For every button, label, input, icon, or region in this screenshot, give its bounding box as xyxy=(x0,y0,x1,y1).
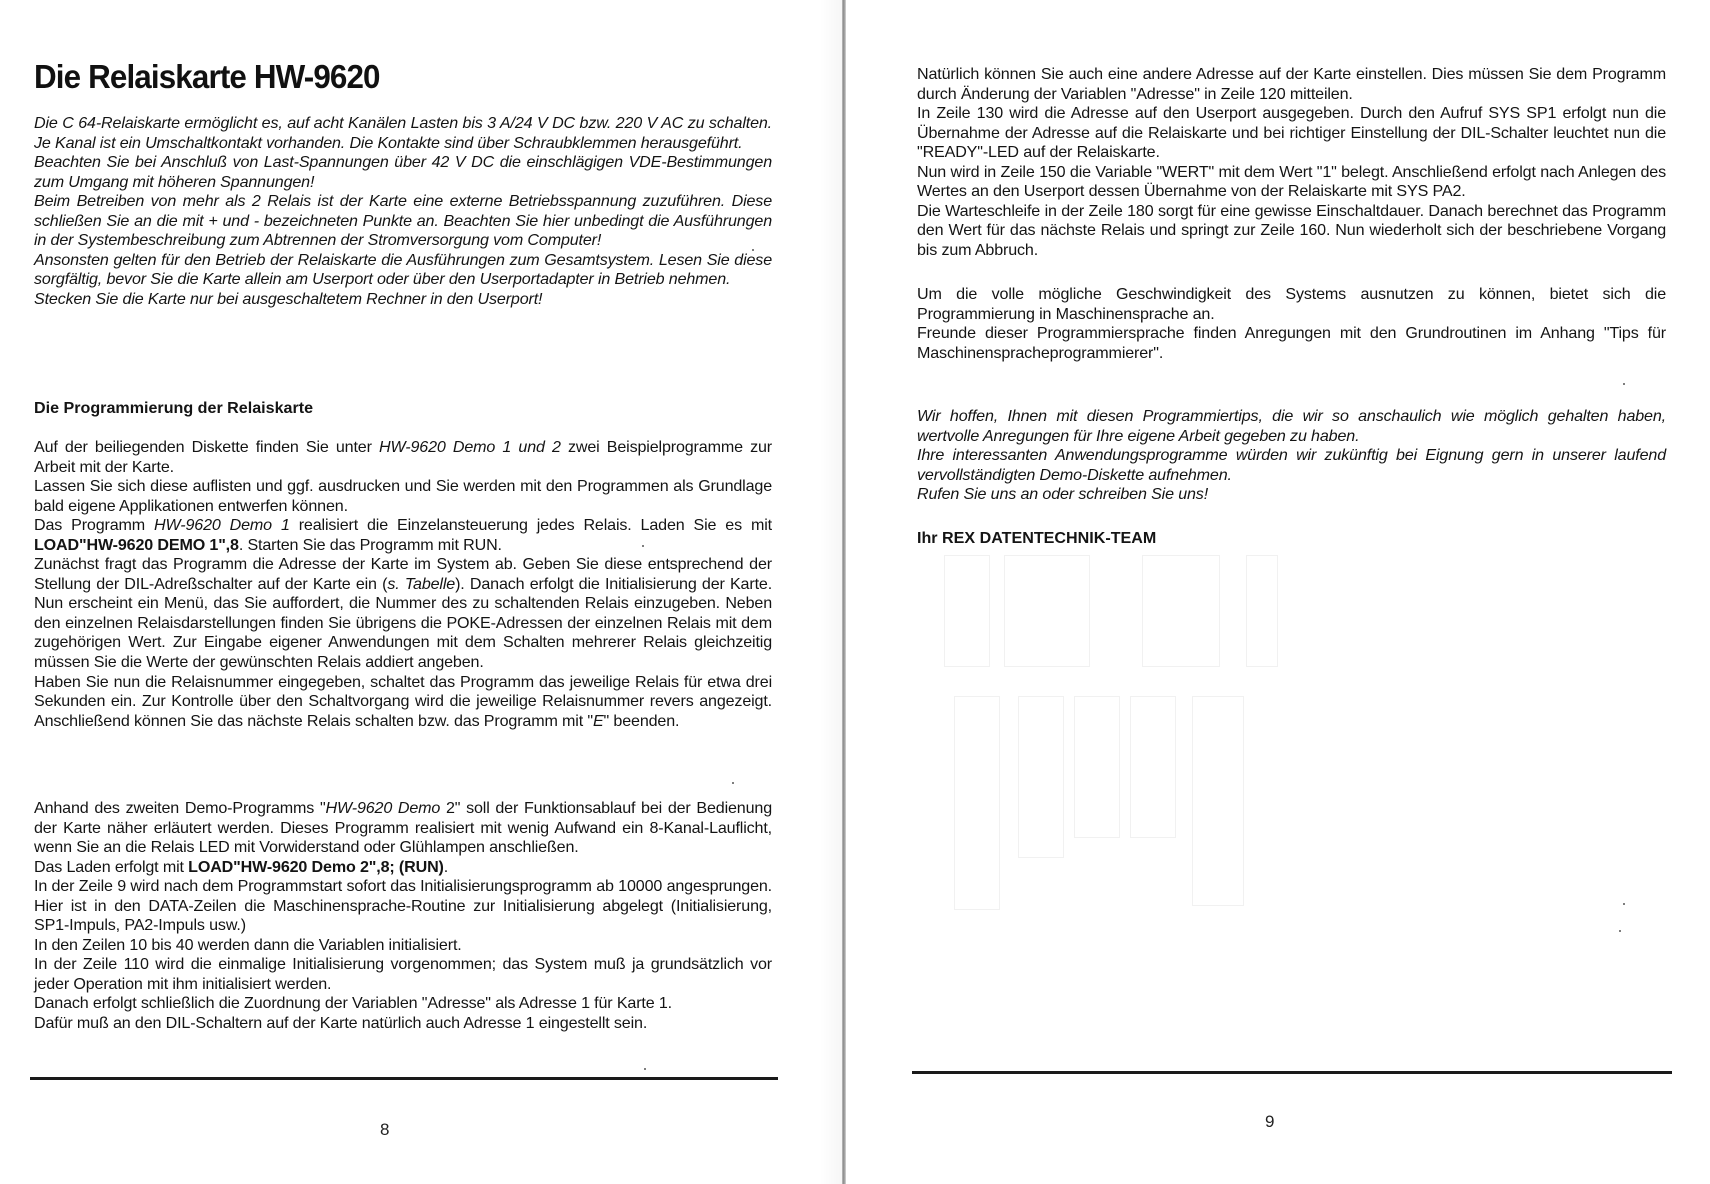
page-number: 9 xyxy=(1265,1112,1274,1132)
paragraph: Anhand des zweiten Demo-Programms "HW-96… xyxy=(34,799,772,858)
section-program-flow-block: Natürlich können Sie auch eine andere Ad… xyxy=(917,65,1666,260)
paragraph: In der Zeile 9 wird nach dem Programmsta… xyxy=(34,877,772,936)
paragraph: Zunächst fragt das Programm die Adresse … xyxy=(34,555,772,672)
text: Das Laden erfolgt mit xyxy=(34,858,188,876)
paragraph: Das Programm HW-9620 Demo 1 realisiert d… xyxy=(34,516,772,555)
page-number: 8 xyxy=(380,1120,389,1140)
closing-block: Wir hoffen, Ihnen mit diesen Programmier… xyxy=(917,407,1666,505)
section-heading: Die Programmierung der Relaiskarte xyxy=(34,399,313,418)
paragraph: Die Warteschleife in der Zeile 180 sorgt… xyxy=(917,202,1666,261)
print-speck xyxy=(1623,383,1625,385)
intro-block: Die C 64-Relaiskarte ermöglicht es, auf … xyxy=(34,114,772,309)
show-through-mark xyxy=(1074,696,1120,838)
page-title: Die Relaiskarte HW-9620 xyxy=(34,58,380,96)
section-machine-language-block: Um die volle mögliche Geschwindigkeit de… xyxy=(917,285,1666,363)
show-through-mark xyxy=(944,555,990,667)
program-name: HW-9620 Demo 1 xyxy=(154,516,290,534)
program-name: HW-9620 Demo xyxy=(326,799,441,817)
text: . Starten Sie das Programm mit RUN. xyxy=(239,536,502,554)
paragraph: Auf der beiliegenden Diskette finden Sie… xyxy=(34,438,772,477)
print-speck xyxy=(1619,930,1621,932)
paragraph: Um die volle mögliche Geschwindigkeit de… xyxy=(917,285,1666,324)
paragraph: In der Zeile 110 wird die einmalige Init… xyxy=(34,955,772,994)
intro-paragraph: Beachten Sie bei Anschluß von Last-Spann… xyxy=(34,153,772,192)
intro-paragraph: Die C 64-Relaiskarte ermöglicht es, auf … xyxy=(34,114,772,153)
show-through-mark xyxy=(1130,696,1176,838)
paragraph: In den Zeilen 10 bis 40 werden dann die … xyxy=(34,936,772,956)
print-speck xyxy=(1623,903,1625,905)
show-through-mark xyxy=(954,696,1000,910)
paragraph: Danach erfolgt schließlich die Zuordnung… xyxy=(34,994,772,1014)
text: realisiert die Einzelansteuerung jedes R… xyxy=(290,516,772,534)
table-reference: s. Tabelle xyxy=(387,575,455,593)
page-8: Die Relaiskarte HW-9620 Die C 64-Relaisk… xyxy=(0,0,843,1184)
footer-rule xyxy=(30,1077,778,1080)
paragraph: Wir hoffen, Ihnen mit diesen Programmier… xyxy=(917,407,1666,446)
paragraph: Nun wird in Zeile 150 die Variable "WERT… xyxy=(917,163,1666,202)
show-through-mark xyxy=(1246,555,1278,667)
key-name: E xyxy=(593,712,604,730)
signature: Ihr REX DATENTECHNIK-TEAM xyxy=(917,529,1156,548)
print-speck xyxy=(732,782,734,784)
show-through-mark xyxy=(1192,696,1244,906)
program-name: HW-9620 Demo 1 und 2 xyxy=(379,438,561,456)
section-demo2-block: Anhand des zweiten Demo-Programms "HW-96… xyxy=(34,799,772,1034)
intro-paragraph: Ansonsten gelten für den Betrieb der Rel… xyxy=(34,251,772,290)
text: Auf der beiliegenden Diskette finden Sie… xyxy=(34,438,379,456)
show-through-mark xyxy=(1004,555,1090,667)
paragraph: Ihre interessanten Anwendungsprogramme w… xyxy=(917,446,1666,485)
load-command: LOAD"HW-9620 Demo 2",8; (RUN) xyxy=(188,858,444,876)
print-speck xyxy=(1441,133,1443,135)
page-9: Natürlich können Sie auch eine andere Ad… xyxy=(846,0,1710,1184)
show-through-mark xyxy=(1018,696,1064,858)
print-speck xyxy=(644,1068,646,1070)
load-command: LOAD"HW-9620 DEMO 1",8 xyxy=(34,536,239,554)
section-programming-block: Auf der beiliegenden Diskette finden Sie… xyxy=(34,438,772,731)
paragraph: Rufen Sie uns an oder schreiben Sie uns! xyxy=(917,485,1666,505)
paragraph: Natürlich können Sie auch eine andere Ad… xyxy=(917,65,1666,104)
text: " beenden. xyxy=(604,712,680,730)
paragraph: Freunde dieser Programmiersprache finden… xyxy=(917,324,1666,363)
text: Das Programm xyxy=(34,516,154,534)
text: . xyxy=(444,858,448,876)
intro-paragraph: Beim Betreiben von mehr als 2 Relais ist… xyxy=(34,192,772,251)
paragraph: Dafür muß an den DIL-Schaltern auf der K… xyxy=(34,1014,772,1034)
paragraph: In Zeile 130 wird die Adresse auf den Us… xyxy=(917,104,1666,163)
show-through-mark xyxy=(1142,555,1220,667)
intro-paragraph: Stecken Sie die Karte nur bei ausgeschal… xyxy=(34,290,772,310)
paragraph: Haben Sie nun die Relaisnummer eingegebe… xyxy=(34,673,772,732)
paragraph: Lassen Sie sich diese auflisten und ggf.… xyxy=(34,477,772,516)
print-speck xyxy=(642,545,644,547)
footer-rule xyxy=(912,1071,1672,1074)
paragraph: Das Laden erfolgt mit LOAD"HW-9620 Demo … xyxy=(34,858,772,878)
text: Anhand des zweiten Demo-Programms " xyxy=(34,799,326,817)
print-speck xyxy=(752,249,754,251)
